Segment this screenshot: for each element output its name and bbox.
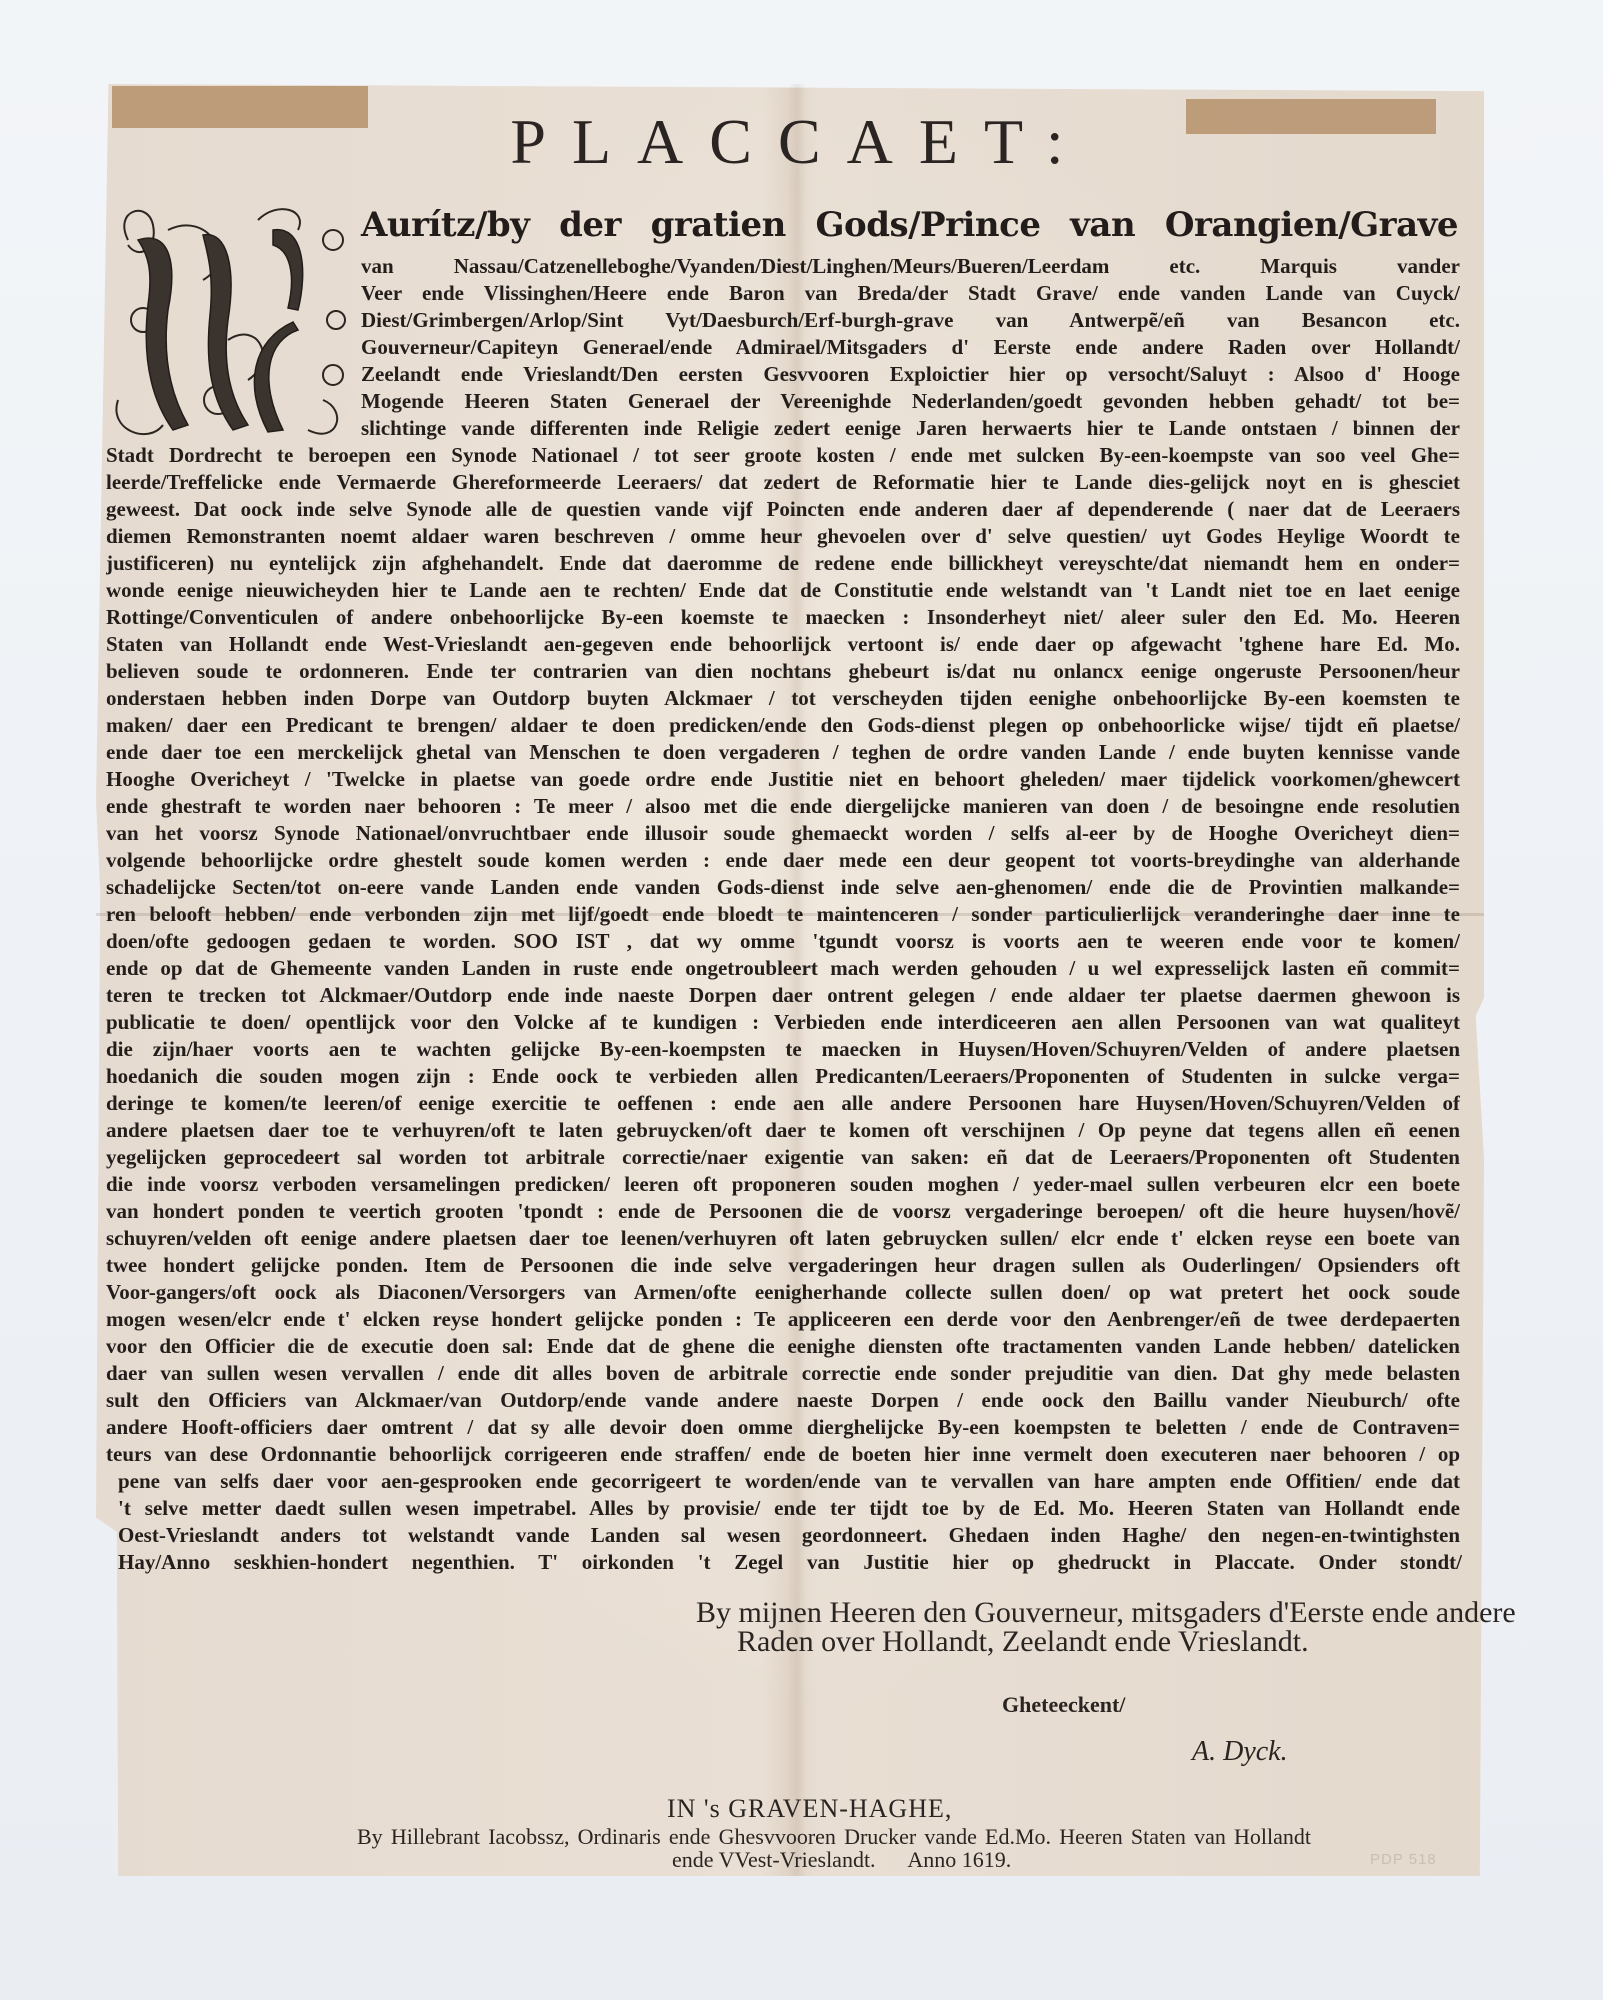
body-text-line: onderstaen hebben inden Dorpe van Outdor… — [106, 685, 1460, 712]
body-text-line: publicatie te doen/ opentlijck voor den … — [106, 1009, 1460, 1036]
body-text-line: twee hondert gelijcke ponden. Item de Pe… — [106, 1252, 1460, 1279]
body-text-line: diemen Remonstranten noemt aldaer waren … — [106, 523, 1460, 550]
body-text-line: Stadt Dordrecht te beroepen een Synode N… — [106, 442, 1460, 469]
body-text-line: Rottinge/Conventiculen of andere onbehoo… — [106, 604, 1460, 631]
tape-residue-left — [112, 86, 368, 128]
body-text-line: geweest. Dat oock inde selve Synode alle… — [106, 496, 1460, 523]
body-text-line: Veer ende Vlissinghen/Heere ende Baron v… — [361, 280, 1460, 307]
signer-name: A. Dyck. — [1192, 1736, 1288, 1768]
body-text-line: Voor-gangers/oft oock als Diaconen/Verso… — [106, 1279, 1460, 1306]
body-text-line: ende ghestraft te worden naer behooren :… — [106, 793, 1460, 820]
body-text-line: die inde voorsz verboden versamelingen p… — [106, 1171, 1460, 1198]
body-text-line: ende daer toe een merckelijck ghetal van… — [106, 739, 1460, 766]
body-text-line: van Nassau/Catzenelleboghe/Vyanden/Diest… — [361, 253, 1460, 280]
body-text-line: voor den Officier die de executie doen s… — [106, 1333, 1460, 1360]
tape-residue-right — [1186, 99, 1436, 134]
opening-line: Aurítz/by der gratien Gods/Prince van Or… — [361, 203, 1458, 247]
imprint-closing: ende VVest-Vrieslandt. Anno 1619. — [672, 1847, 1011, 1873]
body-text-line: ende op dat de Ghemeente vanden Landen i… — [106, 955, 1460, 982]
body-text-line: Oest-Vrieslandt anders tot welstandt van… — [118, 1522, 1460, 1549]
body-text-line: ren belooft hebben/ ende verbonden zijn … — [106, 901, 1460, 928]
body-text-line: mogen wesen/elcr ende t' elcken reyse ho… — [106, 1306, 1460, 1333]
body-text-line: volgende behoorlijcke ordre ghestelt sou… — [106, 847, 1460, 874]
archive-stamp: PDP 518 — [1370, 1851, 1437, 1868]
body-text-line: leerde/Treffelicke ende Vermaerde Gheref… — [106, 469, 1460, 496]
body-text-line: maken/ daer een Predicant te brengen/ al… — [106, 712, 1460, 739]
body-text-line: pene van selfs daer voor aen-gesprooken … — [118, 1468, 1460, 1495]
body-text-line: believen soude te ordonneren. Ende ter c… — [106, 658, 1460, 685]
body-text-line: Hooghe Overicheyt / 'Twelcke in plaetse … — [106, 766, 1460, 793]
body-text-line: slichtinge vande differenten inde Religi… — [361, 415, 1460, 442]
body-text-line: sult den Officiers van Alckmaer/van Outd… — [106, 1387, 1460, 1414]
body-text-line: die zijn/haer voorts aen te wachten geli… — [106, 1036, 1460, 1063]
signed-label: Gheteeckent/ — [1002, 1692, 1125, 1718]
body-text-line: Gouverneur/Capiteyn Generael/ende Admira… — [361, 334, 1460, 361]
body-text-line: hoedanich die souden mogen zijn : Ende o… — [106, 1063, 1460, 1090]
ornamental-drop-cap-icon — [108, 200, 353, 450]
body-text-line: andere plaetsen daer toe te verhuyren/of… — [106, 1117, 1460, 1144]
body-text-line: Zeelandt ende Vrieslandt/Den eersten Ges… — [361, 361, 1460, 388]
imprint-place: IN 's GRAVEN-HAGHE, — [667, 1794, 952, 1824]
body-text-line: daer van sullen wesen vervallen / ende d… — [106, 1360, 1460, 1387]
body-text-line: Staten van Hollandt ende West-Vrieslandt… — [106, 631, 1460, 658]
body-text-line: deringe te komen/te leeren/of eenige exe… — [106, 1090, 1460, 1117]
body-text-line: Mogende Heeren Staten Generael der Veree… — [361, 388, 1460, 415]
body-text-line: teren te trecken tot Alckmaer/Outdorp en… — [106, 982, 1460, 1009]
body-text-line: teurs van dese Ordonnantie behoorlijck c… — [106, 1441, 1460, 1468]
body-text-line: 't selve metter daedt sullen wesen impet… — [118, 1495, 1460, 1522]
body-text-line: andere Hooft-officiers daer omtrent / da… — [106, 1414, 1460, 1441]
body-text-line: schuyren/velden oft eenige andere plaets… — [106, 1225, 1460, 1252]
body-text-line: wonde eenige nieuwicheyden hier te Lande… — [106, 577, 1460, 604]
body-text-line: schadelijcke Secten/tot on-eere vande La… — [106, 874, 1460, 901]
authority-line-2: Raden over Hollandt, Zeelandt ende Vries… — [737, 1625, 1309, 1659]
body-text-line: Diest/Grimbergen/Arlop/Sint Vyt/Daesburc… — [361, 307, 1460, 334]
body-text-line: van het voorsz Synode Nationael/onvrucht… — [106, 820, 1460, 847]
body-text-line: doen/ofte gedoogen gedaen te worden. SOO… — [106, 928, 1460, 955]
document-title: PLACCAET: — [380, 112, 1220, 172]
body-text-line: van hondert ponden te veertich grooten '… — [106, 1198, 1460, 1225]
body-text-line: yegelijcken geprocedeert sal worden tot … — [106, 1144, 1460, 1171]
body-text-line: Hay/Anno seskhien-hondert negenthien. T'… — [118, 1549, 1462, 1576]
body-text-line: justificeren) nu eyntelijck zijn afgheha… — [106, 550, 1460, 577]
